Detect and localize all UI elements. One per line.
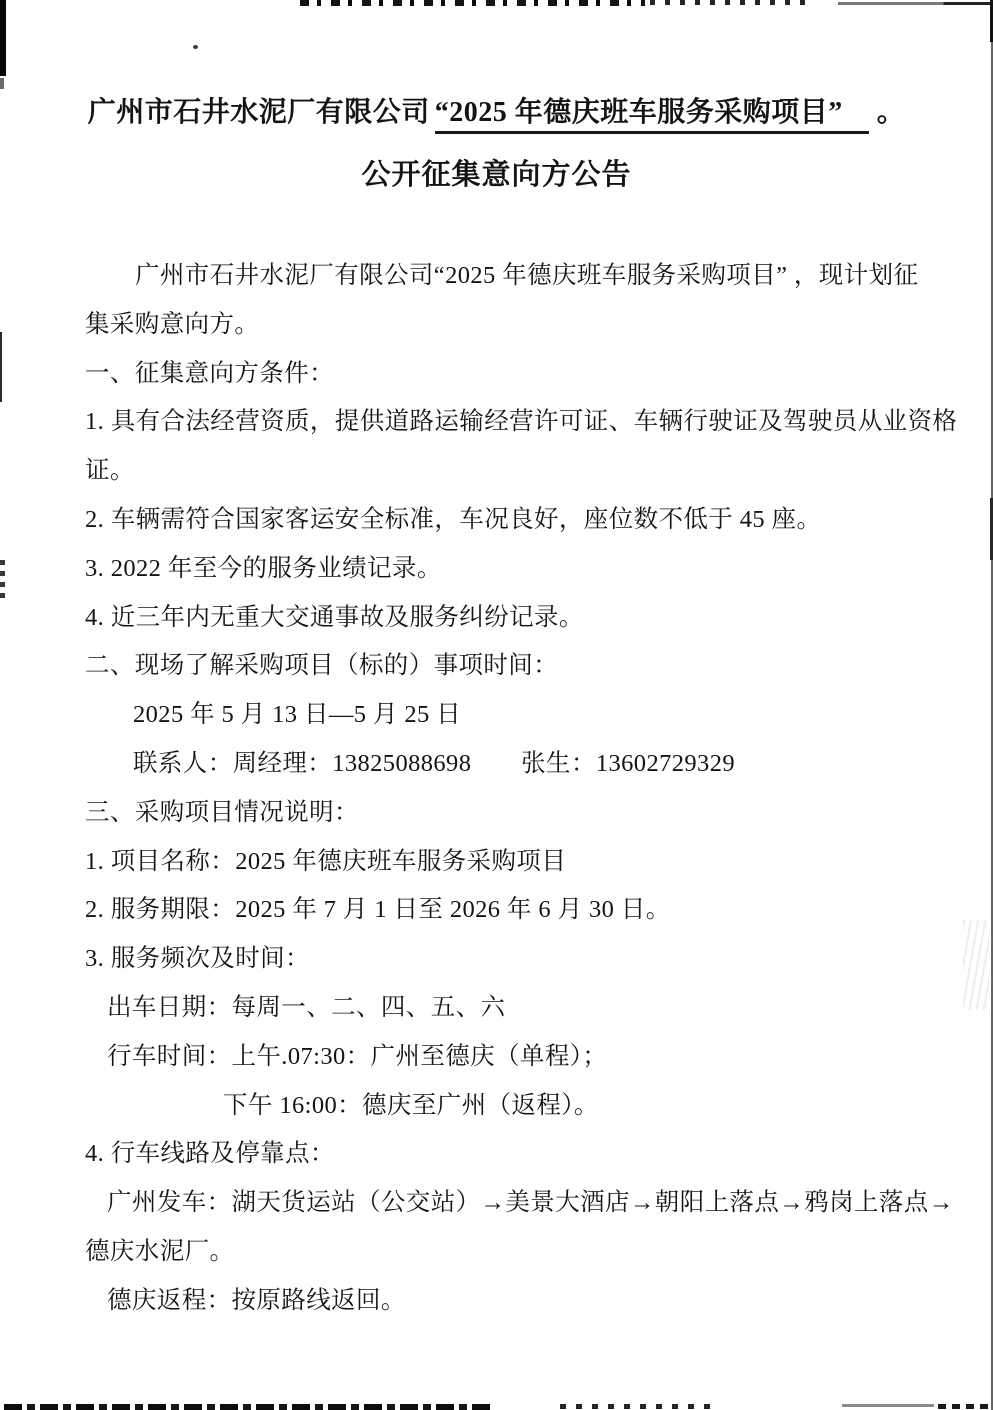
scan-artifact-bottom-speckles bbox=[560, 1404, 710, 1409]
document-body: 广州市石井水泥厂有限公司“2025 年德庆班车服务采购项目” ，现计划征 集采购… bbox=[85, 252, 917, 1326]
scan-artifact-right-smudge bbox=[963, 920, 989, 1010]
doc-line-route-heading: 4. 行车线路及停靠点： bbox=[85, 1130, 917, 1179]
document-title: 广州市石井水泥厂有限公司“2025 年德庆班车服务采购项目”。 公开征集意向方公… bbox=[0, 90, 993, 198]
doc-line-schedule-afternoon: 下午 16:00：德庆至广州（返程）。 bbox=[85, 1082, 917, 1131]
scan-artifact-left-ticks bbox=[0, 560, 5, 598]
doc-line-condition-4: 4. 近三年内无重大交通事故及服务纠纷记录。 bbox=[85, 594, 917, 643]
scan-artifact-bottom-speckles bbox=[938, 1404, 993, 1409]
doc-line-section-3-heading: 三、采购项目情况说明： bbox=[85, 789, 917, 838]
doc-line-site-visit-dates: 2025 年 5 月 13 日—5 月 25 日 bbox=[85, 691, 917, 740]
scan-artifact-left-mark bbox=[0, 78, 4, 89]
doc-line-intro-1: 广州市石井水泥厂有限公司“2025 年德庆班车服务采购项目” ，现计划征 bbox=[85, 252, 917, 301]
scanned-document-page: 广州市石井水泥厂有限公司“2025 年德庆班车服务采购项目”。 公开征集意向方公… bbox=[0, 0, 993, 1410]
doc-line-service-frequency: 3. 服务频次及时间： bbox=[85, 935, 917, 984]
doc-line-contacts: 联系人：周经理：13825088698 张生：13602729329 bbox=[85, 740, 917, 789]
scan-artifact-bottom-speckles bbox=[4, 1404, 490, 1410]
doc-line-section-2-heading: 二、现场了解采购项目（标的）事项时间： bbox=[85, 642, 917, 691]
scan-artifact-left-line bbox=[0, 332, 2, 402]
scan-artifact-left-bar bbox=[0, 0, 6, 76]
doc-line-schedule-morning: 行车时间：上午.07:30：广州至德庆（单程）； bbox=[85, 1033, 917, 1082]
doc-line-condition-1b: 证。 bbox=[85, 447, 917, 496]
document-title-line1: 广州市石井水泥厂有限公司“2025 年德庆班车服务采购项目”。 bbox=[0, 90, 993, 136]
scan-artifact-bottom-line bbox=[842, 1404, 934, 1407]
doc-line-service-period: 2. 服务期限：2025 年 7 月 1 日至 2026 年 6 月 30 日。 bbox=[85, 886, 917, 935]
title-company-name: 广州市石井水泥厂有限公司 bbox=[88, 97, 430, 128]
scan-artifact-top-speckles bbox=[650, 0, 812, 5]
doc-line-route-outbound-1: 广州发车：湖天货运站（公交站）→美景大酒店→朝阳上落点→鸦岗上落点→ bbox=[85, 1179, 917, 1228]
scan-artifact-stray-dot bbox=[193, 45, 198, 49]
scan-artifact-top-speckles bbox=[300, 0, 645, 6]
doc-line-condition-2: 2. 车辆需符合国家客运安全标准，车况良好，座位数不低于 45 座。 bbox=[85, 496, 917, 545]
doc-line-route-return: 德庆返程：按原路线返回。 bbox=[85, 1277, 917, 1326]
doc-line-intro-2: 集采购意向方。 bbox=[85, 301, 917, 350]
doc-line-condition-1a: 1. 具有合法经营资质，提供道路运输经营许可证、车辆行驶证及驾驶员从业资格 bbox=[85, 398, 917, 447]
scan-artifact-top-line bbox=[838, 2, 993, 5]
title-period-mark: 。 bbox=[877, 97, 906, 128]
doc-line-section-1-heading: 一、征集意向方条件： bbox=[85, 350, 917, 399]
doc-line-route-outbound-2: 德庆水泥厂。 bbox=[85, 1228, 917, 1277]
title-underlined-project-name: “2025 年德庆班车服务采购项目” bbox=[435, 97, 869, 134]
doc-line-condition-3: 3. 2022 年至今的服务业绩记录。 bbox=[85, 545, 917, 594]
doc-line-departure-days: 出车日期：每周一、二、四、五、六 bbox=[85, 984, 917, 1033]
document-title-line2: 公开征集意向方公告 bbox=[0, 152, 993, 198]
doc-line-project-name: 1. 项目名称：2025 年德庆班车服务采购项目 bbox=[85, 838, 917, 887]
